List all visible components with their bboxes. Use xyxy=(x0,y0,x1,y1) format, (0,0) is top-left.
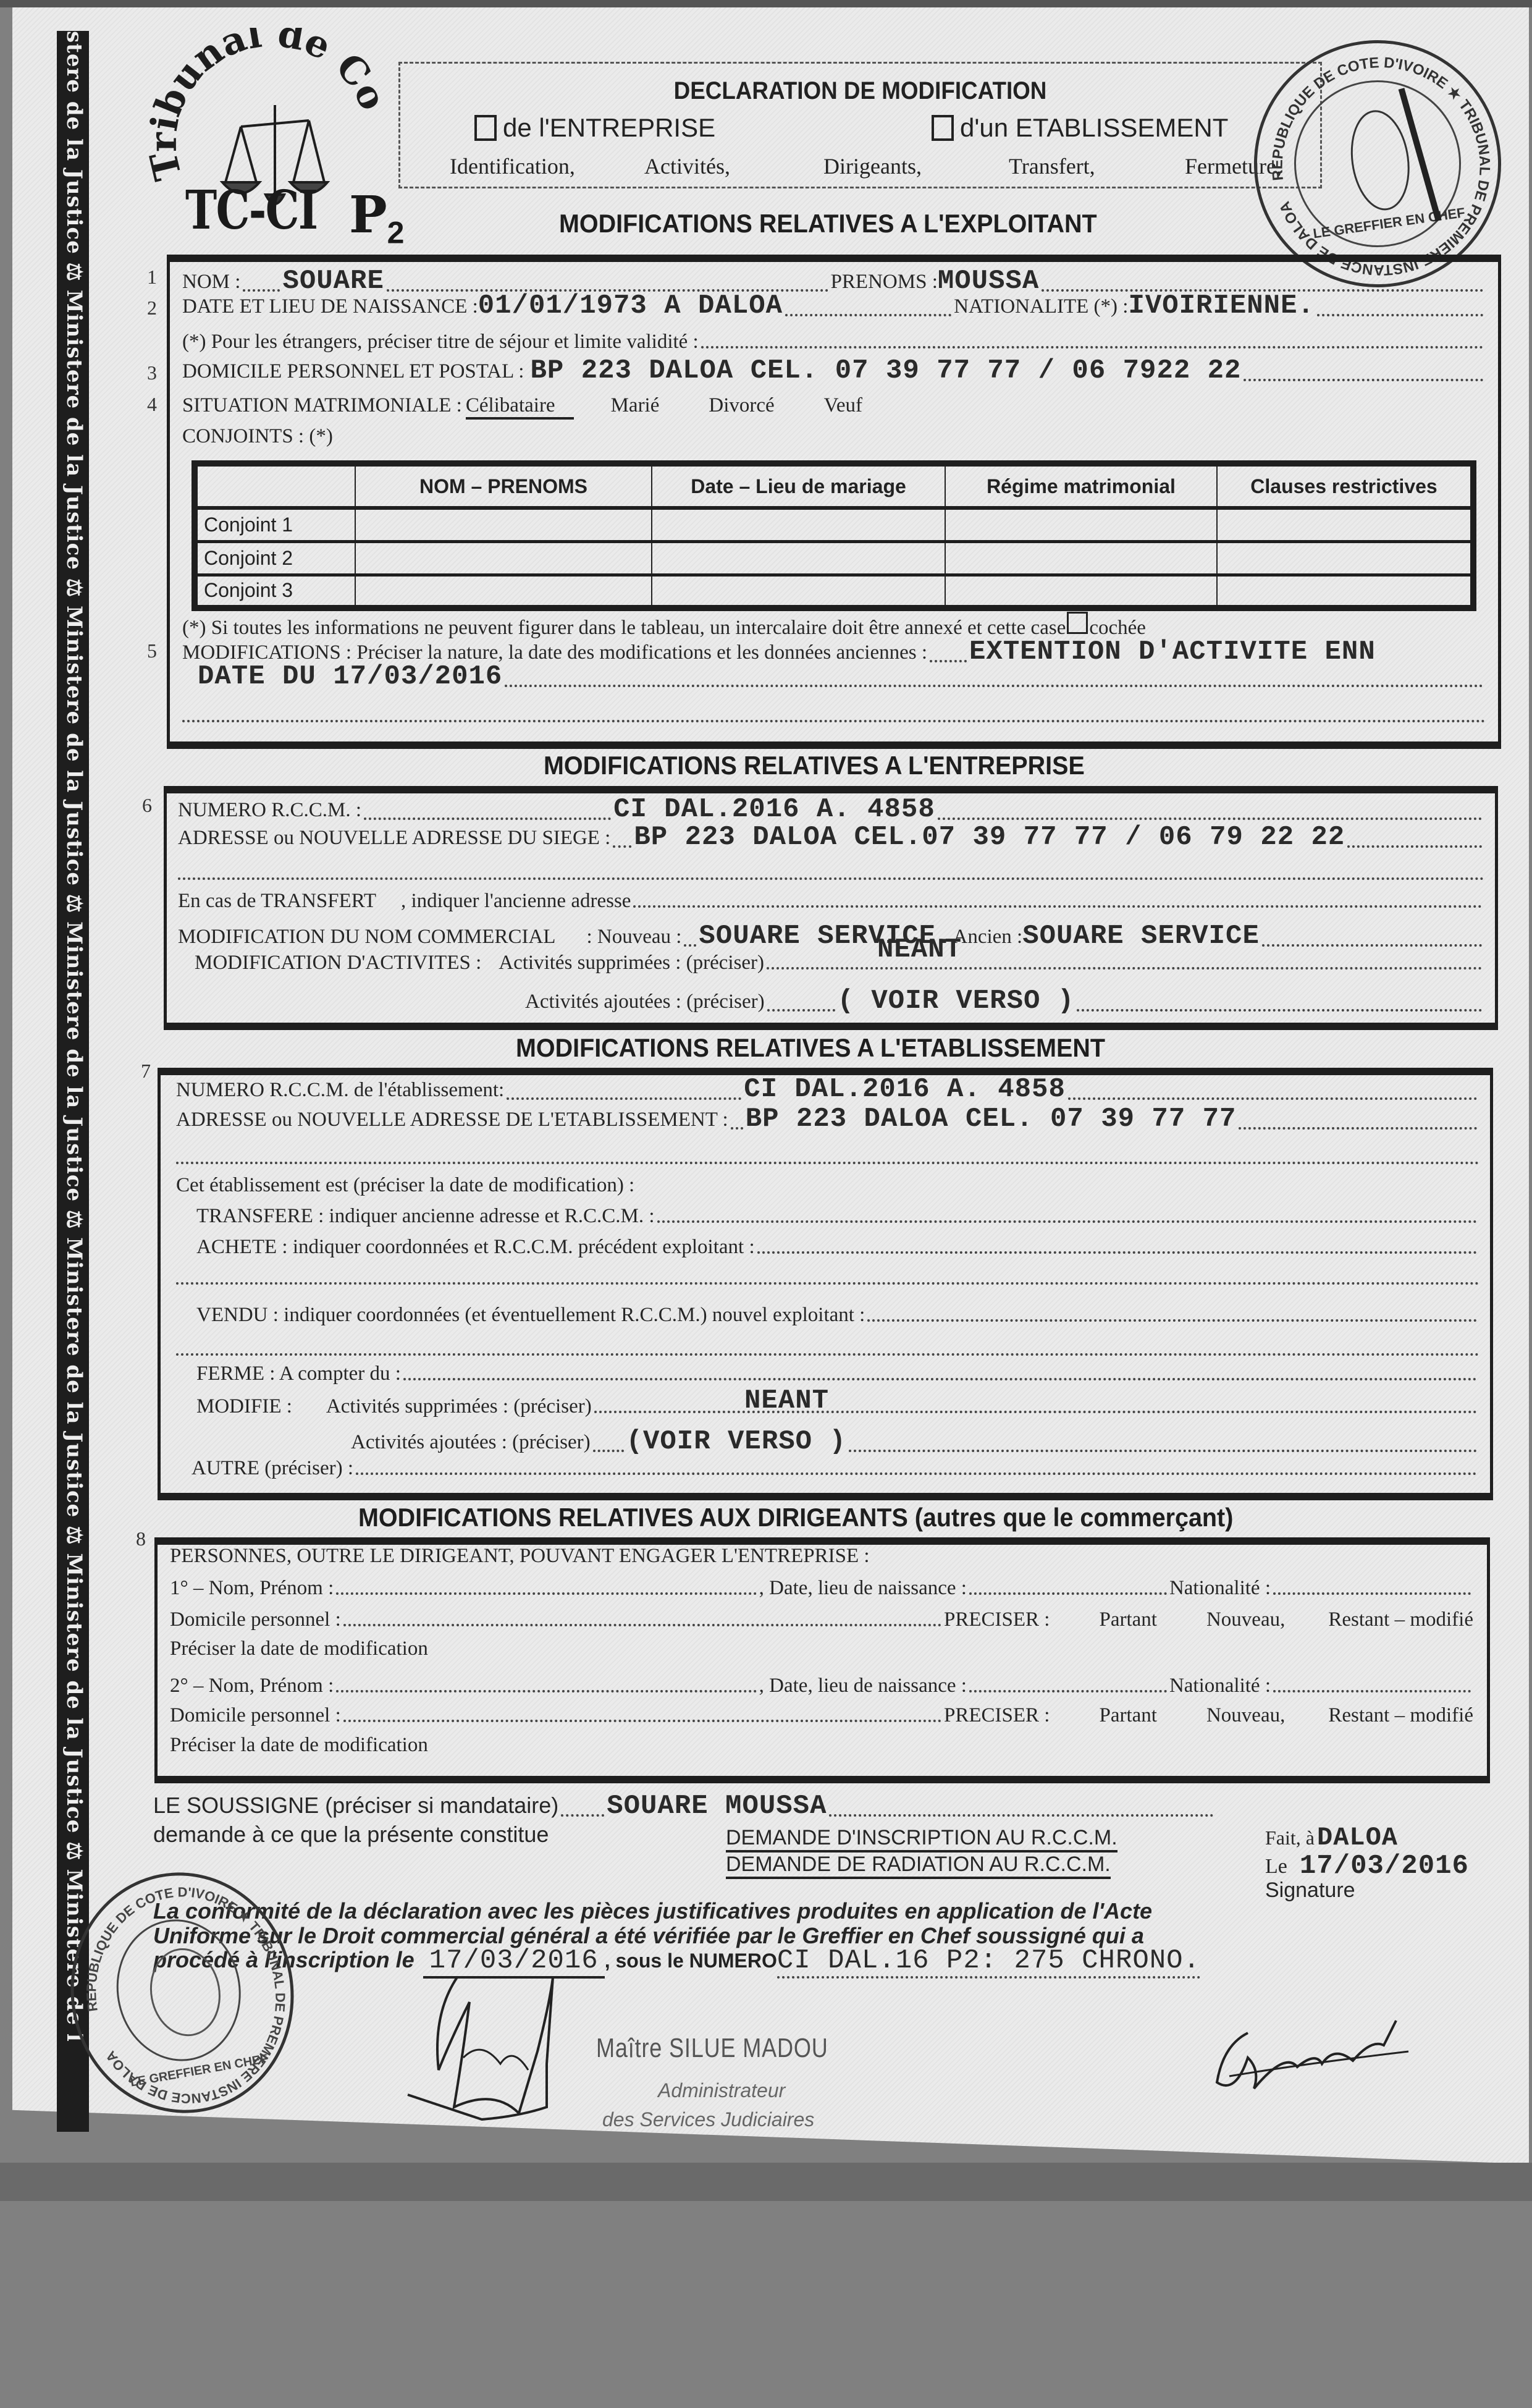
intercalaire-note: (*) Si toutes les informations ne peuven… xyxy=(182,612,1146,640)
stamp-emblem-icon: REPUBLIQUE DE COTE D'IVOIRE ★ TRIBUNAL D… xyxy=(56,1857,316,2134)
table-row: Conjoint 2 xyxy=(195,541,1473,575)
section-title-dirigeants: MODIFICATIONS RELATIVES AUX DIRIGEANTS (… xyxy=(358,1503,1233,1532)
naissance-row: DATE ET LIEU DE NAISSANCE : 01/01/1973 A… xyxy=(182,290,1486,321)
etab-rccm-field[interactable]: CI DAL.2016 A. 4858 xyxy=(744,1074,1066,1105)
checkbox-icon[interactable] xyxy=(932,115,954,141)
adresse-siege-row: ADRESSE ou NOUVELLE ADRESSE DU SIEGE : B… xyxy=(178,822,1484,853)
dirigeant-2-date-label: Préciser la date de modification xyxy=(170,1734,428,1757)
modifications-row-2: DATE DU 17/03/2016 xyxy=(198,661,1486,692)
blank-line[interactable] xyxy=(176,1282,1479,1285)
blank-line[interactable] xyxy=(182,720,1486,722)
table-row: Conjoint 3 xyxy=(195,575,1473,608)
entreprise-ajoutees-field[interactable]: ( VOIR VERSO ) xyxy=(838,986,1075,1016)
activites-supprimees-row: MODIFICATION D'ACTIVITES : Activités sup… xyxy=(195,952,1484,974)
situation-option-celibataire[interactable]: Célibataire xyxy=(466,394,574,420)
section-title-etablissement: MODIFICATIONS RELATIVES A L'ETABLISSEMEN… xyxy=(516,1033,1105,1063)
type-identification: Identification, xyxy=(450,153,575,179)
conjoints-label: CONJOINTS : (*) xyxy=(182,425,333,448)
etab-supprimees-field[interactable]: NEANT xyxy=(744,1385,829,1416)
etab-ajoutees-field[interactable]: (VOIR VERSO ) xyxy=(626,1426,846,1457)
col-regime: Régime matrimonial xyxy=(945,463,1217,508)
etrangers-field[interactable] xyxy=(701,346,1483,349)
blank-line[interactable] xyxy=(178,877,1484,880)
ancienne-adresse-field[interactable] xyxy=(633,905,1482,908)
etab-rccm-row: NUMERO R.C.C.M. de l'établissement: CI D… xyxy=(176,1074,1479,1105)
modifications-field-2[interactable]: DATE DU 17/03/2016 xyxy=(198,661,502,692)
declarant-signature-icon xyxy=(1211,2008,1427,2101)
fait-a-row: Fait, à DALOA xyxy=(1265,1823,1398,1852)
ministry-strip-text: stere de la Justice ⚖ Ministere de la Ju… xyxy=(61,31,88,2132)
fait-a-field[interactable]: DALOA xyxy=(1317,1823,1398,1852)
situation-option-divorce[interactable]: Divorcé xyxy=(709,394,774,417)
demande-radiation-option[interactable]: DEMANDE DE RADIATION AU R.C.C.M. xyxy=(726,1852,1111,1879)
table-header-row: NOM – PRENOMS Date – Lieu de mariage Rég… xyxy=(195,463,1473,508)
dirigeant-2-domicile-field[interactable] xyxy=(343,1720,941,1722)
svg-text:Tribunal de Commerce: Tribunal de Commerce xyxy=(139,28,395,184)
dirigeant-1-naissance-field[interactable] xyxy=(969,1592,1167,1595)
date-row: Le 17/03/2016 xyxy=(1265,1851,1469,1882)
logo-arc-text: Tribunal de Commerce xyxy=(139,28,395,184)
scan-top-edge xyxy=(0,0,1532,7)
dirigeant-1-nom-field[interactable] xyxy=(336,1592,756,1595)
rccm-row: NUMERO R.C.C.M. : CI DAL.2016 A. 4858 xyxy=(178,794,1484,825)
dirigeant-1-domicile-row: Domicile personnel : PRECISER : Partant … xyxy=(170,1608,1473,1631)
table-row: Conjoint 1 xyxy=(195,508,1473,541)
vendu-field[interactable] xyxy=(867,1319,1477,1322)
situation-option-marie[interactable]: Marié xyxy=(611,394,660,417)
transfert-row: En cas de TRANSFERT , indiquer l'ancienn… xyxy=(178,890,1484,913)
col-clauses: Clauses restrictives xyxy=(1217,463,1473,508)
declaration-header-box: DECLARATION DE MODIFICATION de l'ENTREPR… xyxy=(398,62,1322,188)
vendu-row: VENDU : indiquer coordonnées (et éventue… xyxy=(196,1304,1479,1327)
option-nouveau[interactable]: Nouveau, xyxy=(1206,1704,1285,1727)
etab-adresse-field[interactable]: BP 223 DALOA CEL. 07 39 77 77 xyxy=(746,1104,1237,1134)
field-number: 2 xyxy=(147,297,157,319)
personnes-label: PERSONNES, OUTRE LE DIRIGEANT, POUVANT E… xyxy=(170,1545,870,1568)
option-restant-modifie[interactable]: Restant – modifié xyxy=(1328,1704,1473,1727)
dirigeant-2-nom-field[interactable] xyxy=(336,1690,756,1692)
declaration-title: DECLARATION DE MODIFICATION xyxy=(437,77,1284,105)
demande-inscription-option[interactable]: DEMANDE D'INSCRIPTION AU R.C.C.M. xyxy=(726,1826,1117,1852)
transfere-row: TRANSFERE : indiquer ancienne adresse et… xyxy=(196,1205,1479,1228)
col-nom-prenoms: NOM – PRENOMS xyxy=(355,463,652,508)
form-code: P2 xyxy=(349,185,404,250)
dirigeant-2-domicile-row: Domicile personnel : PRECISER : Partant … xyxy=(170,1704,1473,1727)
checkbox-icon[interactable] xyxy=(474,115,497,141)
field-number: 4 xyxy=(147,393,157,416)
greffier-title-1: Administrateur xyxy=(658,2079,785,2102)
section-title-exploitant: MODIFICATIONS RELATIVES A L'EXPLOITANT xyxy=(559,209,1097,239)
svg-text:LE GREFFIER EN CHEF: LE GREFFIER EN CHEF xyxy=(1312,205,1466,241)
field-number: 8 xyxy=(136,1527,146,1550)
dirigeant-1-nom-row: 1° – Nom, Prénom : , Date, lieu de naiss… xyxy=(170,1577,1473,1600)
checkbox-entreprise[interactable]: de l'ENTREPRISE xyxy=(474,113,715,143)
scan-bottom-edge xyxy=(0,2163,1532,2201)
intercalaire-checkbox[interactable] xyxy=(1067,612,1088,634)
svg-text:REPUBLIQUE DE COTE D'IVOIRE ★: REPUBLIQUE DE COTE D'IVOIRE ★ TRIBUNAL D… xyxy=(66,1868,306,2123)
nom-commercial-row: MODIFICATION DU NOM COMMERCIAL : Nouveau… xyxy=(178,921,1484,952)
type-transfert: Transfert, xyxy=(1009,153,1095,179)
section-title-entreprise: MODIFICATIONS RELATIVES A L'ENTREPRISE xyxy=(544,751,1085,780)
greffier-title-2: des Services Judiciaires xyxy=(602,2108,814,2131)
greffier-name: Maître SILUE MADOU xyxy=(596,2033,828,2064)
blank-line[interactable] xyxy=(176,1162,1479,1164)
type-dirigeants: Dirigeants, xyxy=(823,153,922,179)
conjoints-table: NOM – PRENOMS Date – Lieu de mariage Rég… xyxy=(192,460,1476,611)
nom-commercial-ancien-field[interactable]: SOUARE SERVICE xyxy=(1022,921,1260,952)
modifie-ajoutees-row: Activités ajoutées : (préciser) (VOIR VE… xyxy=(351,1426,1479,1457)
court-stamp-bottom: REPUBLIQUE DE COTE D'IVOIRE ★ TRIBUNAL D… xyxy=(52,1855,313,2131)
nationalite-field[interactable]: IVOIRIENNE. xyxy=(1128,290,1314,321)
situation-row: SITUATION MATRIMONIALE : Célibataire Mar… xyxy=(182,394,862,420)
numero-chrono-field[interactable]: CI DAL.16 P2: 275 CHRONO. xyxy=(777,1945,1200,1979)
ministry-vertical-strip: stere de la Justice ⚖ Ministere de la Ju… xyxy=(57,31,89,2132)
dirigeant-1-date-label: Préciser la date de modification xyxy=(170,1637,428,1660)
option-nouveau[interactable]: Nouveau, xyxy=(1206,1608,1285,1631)
autre-row: AUTRE (préciser) : xyxy=(192,1457,1479,1480)
rccm-field[interactable]: CI DAL.2016 A. 4858 xyxy=(613,794,935,825)
activites-ajoutees-row: Activités ajoutées : (préciser) ( VOIR V… xyxy=(525,986,1484,1016)
etat-label: Cet établissement est (préciser la date … xyxy=(176,1174,634,1197)
option-restant-modifie[interactable]: Restant – modifié xyxy=(1328,1608,1473,1631)
date-field[interactable]: 17/03/2016 xyxy=(1300,1851,1469,1882)
transfere-field[interactable] xyxy=(657,1220,1478,1223)
signature-label: Signature xyxy=(1265,1878,1355,1903)
option-partant[interactable]: Partant xyxy=(1099,1608,1156,1631)
dirigeant-1-domicile-field[interactable] xyxy=(343,1624,941,1626)
logo-code: TC-CI xyxy=(185,179,317,242)
ferme-row: FERME : A compter du : xyxy=(196,1362,1479,1385)
field-number: 1 xyxy=(147,266,157,289)
blank-line[interactable] xyxy=(176,1353,1479,1356)
adresse-siege-field[interactable]: BP 223 DALOA CEL.07 39 77 77 / 06 79 22 … xyxy=(634,822,1345,853)
situation-option-veuf[interactable]: Veuf xyxy=(824,394,862,417)
ferme-field[interactable] xyxy=(403,1378,1477,1380)
dirigeant-2-nationalite-field[interactable] xyxy=(1273,1690,1471,1692)
field-number: 3 xyxy=(147,361,157,384)
conformite-line-1: La conformité de la déclaration avec les… xyxy=(153,1898,1152,1924)
achete-field[interactable] xyxy=(757,1251,1477,1254)
achete-row: ACHETE : indiquer coordonnées et R.C.C.M… xyxy=(196,1236,1479,1259)
domicile-field[interactable]: BP 223 DALOA CEL. 07 39 77 77 / 06 7922 … xyxy=(530,355,1241,386)
conformite-line-3: procédé à l'inscription le 17/03/2016 , … xyxy=(153,1945,1200,1979)
option-partant[interactable]: Partant xyxy=(1099,1704,1156,1727)
autre-field[interactable] xyxy=(356,1472,1477,1475)
greffier-signature-icon xyxy=(395,1965,618,2126)
soussigne-row: LE SOUSSIGNE (préciser si mandataire) SO… xyxy=(153,1791,1216,1822)
type-activites: Activités, xyxy=(644,153,730,179)
dirigeant-2-nom-row: 2° – Nom, Prénom : , Date, lieu de naiss… xyxy=(170,1675,1473,1697)
dirigeant-2-naissance-field[interactable] xyxy=(969,1690,1167,1692)
soussigne-field[interactable]: SOUARE MOUSSA xyxy=(607,1791,827,1822)
modifie-supprimees-row: MODIFIE : Activités supprimées : (précis… xyxy=(196,1395,1479,1418)
naissance-field[interactable]: 01/01/1973 A DALOA xyxy=(478,290,783,321)
etrangers-row: (*) Pour les étrangers, préciser titre d… xyxy=(182,331,1486,353)
col-date-lieu: Date – Lieu de mariage xyxy=(652,463,945,508)
checkbox-etablissement[interactable]: d'un ETABLISSEMENT xyxy=(932,113,1228,143)
field-number: 6 xyxy=(142,794,152,817)
tribunal-logo: Tribunal de Commerce TC-CI P2 xyxy=(139,28,411,256)
field-number: 7 xyxy=(141,1060,151,1083)
etab-adresse-row: ADRESSE ou NOUVELLE ADRESSE DE L'ETABLIS… xyxy=(176,1104,1479,1134)
domicile-row: DOMICILE PERSONNEL ET POSTAL : BP 223 DA… xyxy=(182,355,1486,386)
field-number: 5 xyxy=(147,640,157,662)
demande-label: demande à ce que la présente constitue xyxy=(153,1822,549,1848)
entreprise-supprimees-field[interactable]: NEANT xyxy=(877,934,962,965)
dirigeant-1-nationalite-field[interactable] xyxy=(1273,1592,1471,1595)
